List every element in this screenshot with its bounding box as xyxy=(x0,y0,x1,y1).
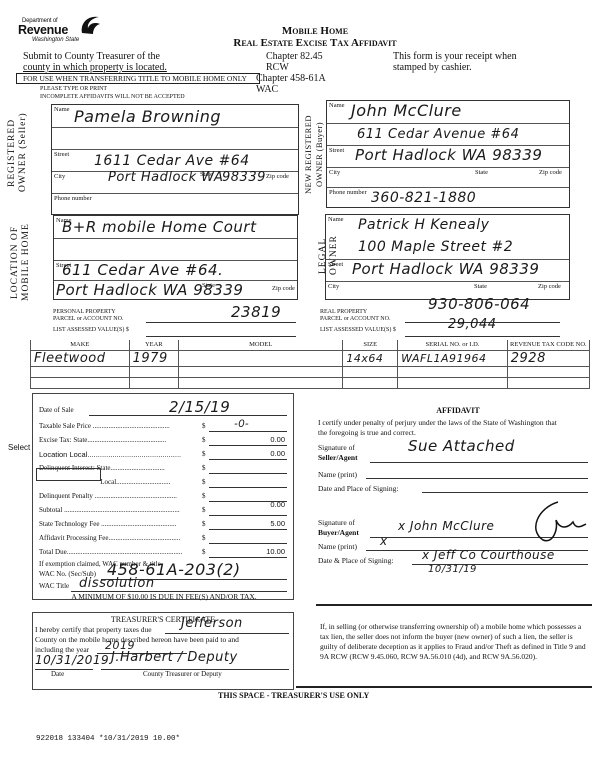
affidavit-block: AFFIDAVIT I certify under penalty of per… xyxy=(318,406,598,582)
treasurer-line1: I hereby certify that property taxes due xyxy=(35,625,152,634)
legal-state-label: State xyxy=(474,283,487,290)
seller-city-field[interactable]: Port Hadlock WA xyxy=(108,170,223,185)
buyer-section-label: NEW REGISTERED OWNER (Buyer) xyxy=(303,110,327,200)
rp-parcel-field[interactable]: 930-806-064 xyxy=(428,301,530,308)
rp-lav-field[interactable]: 29,044 xyxy=(448,321,497,328)
chapter-rcw: Chapter 82.45 RCW xyxy=(256,51,336,73)
tax-computation-block: Date of Sale 2/15/19 Taxable Sale Price … xyxy=(32,393,294,600)
location-select-dropdown[interactable] xyxy=(36,468,101,481)
dollar-sign: $ xyxy=(202,534,206,542)
col-year: YEAR xyxy=(129,340,178,350)
seller-block: Name Pamela Browning Street 1611 Cedar A… xyxy=(51,104,299,215)
total-due-row: Total Due...............................… xyxy=(39,548,289,559)
seller-date-place-label: Date and Place of Signing: xyxy=(318,484,398,493)
taxable-sale-price-field[interactable]: -0- xyxy=(234,418,249,430)
model-cell[interactable] xyxy=(178,350,342,366)
seller-street-label: Street xyxy=(54,151,69,158)
table-row xyxy=(31,366,590,377)
dollar-sign: $ xyxy=(202,520,206,528)
revenue-code-cell[interactable]: 2928 xyxy=(507,350,589,366)
legal-city-label: City xyxy=(328,283,339,290)
taxable-sale-price-row: Taxable Sale Price .....................… xyxy=(39,422,289,433)
col-size: SIZE xyxy=(343,340,398,350)
excise-state-label: Excise Tax: State.......................… xyxy=(39,436,166,444)
buyer-name-field[interactable]: John McClure xyxy=(351,101,462,120)
receipt-line2: stamped by cashier. xyxy=(393,62,517,73)
dor-wave-logo-icon xyxy=(78,13,102,37)
excise-local-row: Location Local..........................… xyxy=(39,450,289,461)
buyer-date-place-label: Date & Place of Signing: xyxy=(318,556,393,565)
location-zip-label: Zip code xyxy=(272,285,295,292)
legal-street-field[interactable]: Port Hadlock WA 98339 xyxy=(352,260,539,278)
cashier-stamp: 922018 133404 *10/31/2019 10.00* xyxy=(36,735,180,743)
print-instructions: PLEASE TYPE OR PRINT INCOMPLETE AFFIDAVI… xyxy=(40,85,185,101)
year-cell[interactable] xyxy=(129,377,178,388)
subtotal-row: Subtotal ...............................… xyxy=(39,506,289,517)
subtotal-label: Subtotal ...............................… xyxy=(39,506,180,514)
col-model: MODEL xyxy=(178,340,342,350)
form-title-line1: Mobile Home xyxy=(250,25,380,37)
location-name-field[interactable]: B+R mobile Home Court xyxy=(62,218,256,236)
buyer-name2-field[interactable]: 611 Cedar Avenue #64 xyxy=(357,127,519,142)
mobile-home-details-table: MAKE YEAR MODEL SIZE SERIAL NO. or I.D. … xyxy=(30,340,590,389)
serial-cell[interactable] xyxy=(398,366,508,377)
date-of-sale-row: Date of Sale 2/15/19 xyxy=(39,406,289,417)
year-cell[interactable]: 1979 xyxy=(129,350,178,366)
receipt-note: This form is your receipt when stamped b… xyxy=(393,51,517,73)
total-due-field[interactable]: 10.00 xyxy=(266,547,285,556)
buyer-label-1: NEW REGISTERED xyxy=(303,116,313,195)
revenue-code-cell[interactable] xyxy=(507,377,589,388)
buyer-name-print-label: Name (print) xyxy=(318,542,357,551)
buyer-block: Name John McClure 611 Cedar Avenue #64 S… xyxy=(326,100,570,208)
seller-signature-row: Signature of Seller/Agent Sue Attached xyxy=(318,443,598,467)
legal-owner-block: Name Patrick H Kenealy 100 Maple Street … xyxy=(325,214,570,300)
submit-instructions: Submit to County Treasurer of the county… xyxy=(23,51,167,73)
logo-state-text: Washington State xyxy=(32,37,79,43)
location-block: Name B+R mobile Home Court Street 611 Ce… xyxy=(53,215,298,300)
seller-street-field[interactable]: 1611 Cedar Ave #64 xyxy=(94,153,250,169)
divider-top xyxy=(316,604,592,606)
buyer-signature-scribble-icon xyxy=(518,500,588,544)
affidavit-processing-fee-row: Affidavit Processing Fee................… xyxy=(39,534,289,545)
delinquent-penalty-row: Delinquent Penalty .....................… xyxy=(39,492,289,503)
taxable-sale-price-label: Taxable Sale Price .....................… xyxy=(39,422,170,430)
dollar-sign: $ xyxy=(202,492,206,500)
submit-line2: county in which property is located. xyxy=(23,62,167,73)
seller-zip-label: Zip code xyxy=(266,173,289,180)
legal-name2-field[interactable]: 100 Maple Street #2 xyxy=(358,239,513,255)
buyer-street-label: Street xyxy=(329,147,344,154)
col-serial: SERIAL NO. or I.D. xyxy=(398,340,508,350)
excise-state-field[interactable]: 0.00 xyxy=(270,435,285,444)
legal-zip-label: Zip code xyxy=(538,283,561,290)
excise-state-row: Excise Tax: State.......................… xyxy=(39,436,289,447)
legal-name-field[interactable]: Patrick H Kenealy xyxy=(358,217,489,233)
for-use-banner: FOR USE WHEN TRANSFERRING TITLE TO MOBIL… xyxy=(16,73,260,84)
incomplete-warning-text: INCOMPLETE AFFIDAVITS WILL NOT BE ACCEPT… xyxy=(40,93,185,101)
treasurer-county-field[interactable]: Jefferson xyxy=(181,619,243,629)
wac-title-label: WAC Title xyxy=(39,582,69,590)
wac-title-field[interactable]: dissolution xyxy=(79,576,155,591)
buyer-signature-row: Signature of Buyer/Agent x John McClure xyxy=(318,518,598,542)
treasurer-date-field[interactable]: 10/31/2019 xyxy=(35,655,109,665)
logo-revenue-text: Revenue xyxy=(18,23,68,37)
legal-street-label: Street xyxy=(328,261,343,268)
buyer-name-label: Name xyxy=(329,102,345,109)
wac-no-row: WAC No. (Sec/Sub) 458-61A-203(2) xyxy=(39,570,289,581)
buyer-sign-date-field[interactable]: 10/31/19 xyxy=(428,565,477,575)
seller-city-label: City xyxy=(54,173,65,180)
affidavit-processing-fee-label: Affidavit Processing Fee................… xyxy=(39,534,180,542)
col-make: MAKE xyxy=(31,340,130,350)
date-of-sale-label: Date of Sale xyxy=(39,406,74,414)
treasurer-certificate-block: TREASURER'S CERTIFICATE I hereby certify… xyxy=(32,612,294,690)
serial-cell[interactable] xyxy=(398,377,508,388)
form-title-line2: Real Estate Excise Tax Affidavit xyxy=(205,37,425,49)
size-cell[interactable] xyxy=(343,366,398,377)
seller-date-place-row: Date and Place of Signing: xyxy=(318,484,598,498)
legal-name-label: Name xyxy=(328,216,344,223)
seller-name-label: Name xyxy=(54,106,70,113)
seller-section-label: REGISTERED OWNER (Seller) xyxy=(7,110,33,195)
seller-label-2: OWNER (Seller) xyxy=(18,113,28,193)
table-row: Fleetwood 1979 14x64 WAFL1A91964 2928 xyxy=(31,350,590,366)
location-street-field[interactable]: 611 Cedar Ave #64. xyxy=(62,261,223,279)
location-label-1: LOCATION OF xyxy=(10,226,20,299)
dollar-sign: $ xyxy=(202,548,206,556)
buyer-phone-label: Phone number xyxy=(329,189,367,196)
please-type-text: PLEASE TYPE OR PRINT xyxy=(40,85,185,93)
pp-parcel-field[interactable]: 23819 xyxy=(231,309,281,316)
total-due-label: Total Due...............................… xyxy=(39,548,182,556)
col-revenue-tax-code: REVENUE TAX CODE NO. xyxy=(507,340,589,350)
dollar-sign: $ xyxy=(202,422,206,430)
submit-line1: Submit to County Treasurer of the xyxy=(23,51,167,62)
real-property-parcel: REAL PROPERTY PARCEL or ACCOUNT NO. 930-… xyxy=(320,309,570,334)
model-cell[interactable] xyxy=(178,366,342,377)
treasurer-cert-title: TREASURER'S CERTIFICATE xyxy=(33,615,293,624)
buyer-city-label: City xyxy=(329,169,340,176)
revenue-code-cell[interactable] xyxy=(507,366,589,377)
model-cell[interactable] xyxy=(178,377,342,388)
buyer-date-place-field[interactable]: x Jeff Co Courthouse xyxy=(422,550,555,560)
treasurer-sign-row: 10/31/2019 Date J.Harbert / Deputy Count… xyxy=(35,657,293,679)
seller-signature-field[interactable]: Sue Attached xyxy=(408,441,515,451)
chapter-references: Chapter 82.45 RCW Chapter 458-61A WAC xyxy=(256,51,336,95)
divider-bottom xyxy=(296,686,592,688)
select-location-label: Select xyxy=(8,443,30,452)
buyer-state-label: State xyxy=(475,169,488,176)
excise-local-field[interactable]: 0.00 xyxy=(270,449,285,458)
affidavit-certify-text: I certify under penalty of perjury under… xyxy=(318,418,558,438)
location-label-2: MOBILE HOME xyxy=(21,223,31,301)
treasurer-use-only-label: THIS SPACE - TREASURER'S USE ONLY xyxy=(218,691,369,700)
buyer-zip-label: Zip code xyxy=(539,169,562,176)
buyer-phone-field[interactable]: 360-821-1880 xyxy=(371,190,476,206)
treasurer-date-label: Date xyxy=(51,669,64,679)
seller-phone-label: Phone number xyxy=(54,195,92,202)
state-technology-fee-field[interactable]: 5.00 xyxy=(270,519,285,528)
buyer-date-place-row: Date & Place of Signing: x Jeff Co Court… xyxy=(318,556,598,582)
dollar-sign: $ xyxy=(202,506,206,514)
affidavit-title: AFFIDAVIT xyxy=(318,406,598,416)
seller-label-1: REGISTERED xyxy=(7,118,17,186)
table-header-row: MAKE YEAR MODEL SIZE SERIAL NO. or I.D. … xyxy=(31,340,590,350)
seller-name-field[interactable]: Pamela Browning xyxy=(74,107,221,126)
dollar-sign: $ xyxy=(202,436,206,444)
dollar-sign: $ xyxy=(202,478,206,486)
rp-lav-label: LIST ASSESSED VALUE(S) $ xyxy=(320,327,570,334)
dollar-sign: $ xyxy=(202,464,206,472)
delinquent-penalty-label: Delinquent Penalty .....................… xyxy=(39,492,177,500)
pp-lav-label: LIST ASSESSED VALUE(S) $ xyxy=(53,327,298,334)
excise-local-label: Location Local..........................… xyxy=(39,450,181,459)
serial-cell[interactable]: WAFL1A91964 xyxy=(398,350,508,366)
location-city-field[interactable]: Port Hadlock WA 98339 xyxy=(56,281,243,299)
make-cell[interactable] xyxy=(31,366,130,377)
size-cell[interactable] xyxy=(343,377,398,388)
make-cell[interactable] xyxy=(31,377,130,388)
dor-logo: Department of Revenue Washington State xyxy=(10,10,100,46)
treasurer-sig-label: County Treasurer or Deputy xyxy=(143,669,222,679)
size-cell[interactable]: 14x64 xyxy=(343,350,398,366)
personal-property-parcel: PERSONAL PROPERTY PARCEL or ACCOUNT NO. … xyxy=(53,309,298,334)
seller-name-print-row: Name (print) xyxy=(318,470,598,484)
seller-zip-field[interactable]: 98339 xyxy=(222,170,266,185)
make-cell[interactable]: Fleetwood xyxy=(31,350,130,366)
treasurer-line2: County on the mobile home described here… xyxy=(35,635,293,645)
seller-name-print-label: Name (print) xyxy=(318,470,357,479)
state-technology-fee-row: State Technology Fee ...................… xyxy=(39,520,289,531)
state-technology-fee-label: State Technology Fee ...................… xyxy=(39,520,176,528)
receipt-line1: This form is your receipt when xyxy=(393,51,517,62)
minimum-due-notice: A MINIMUM OF $10.00 IS DUE IN FEE(S) AND… xyxy=(33,592,295,601)
buyer-street-field[interactable]: Port Hadlock WA 98339 xyxy=(355,146,542,164)
dollar-sign: $ xyxy=(202,450,206,458)
treasurer-line1-row: I hereby certify that property taxes due… xyxy=(35,625,293,635)
treasurer-signature-field[interactable]: J.Harbert / Deputy xyxy=(111,653,238,663)
tax-lien-warning: If, in selling (or otherwise transferrin… xyxy=(320,622,590,662)
subtotal-field[interactable]: 0.00 xyxy=(270,500,285,509)
date-of-sale-field[interactable]: 2/15/19 xyxy=(169,398,230,416)
year-cell[interactable] xyxy=(129,366,178,377)
table-row xyxy=(31,377,590,388)
chapter-wac: Chapter 458-61A WAC xyxy=(256,73,336,95)
location-section-label: LOCATION OF MOBILE HOME xyxy=(10,222,34,302)
buyer-name-print-field[interactable]: x xyxy=(380,536,388,546)
buyer-label-2: OWNER (Buyer) xyxy=(314,123,324,188)
buyer-signature-field[interactable]: x John McClure xyxy=(398,521,494,531)
